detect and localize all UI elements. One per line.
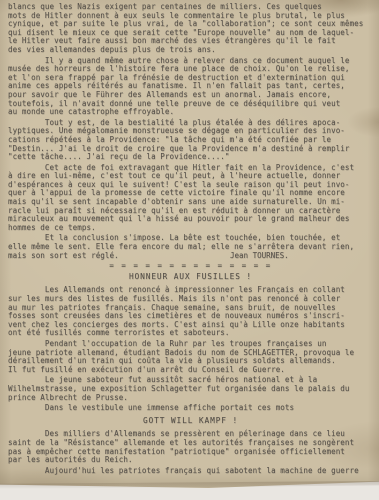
article-paragraph: Le jeune saboteur fut aussitôt sacré hér… — [8, 376, 373, 402]
poster-slogan: GOTT WILL KAMPF ! — [8, 417, 373, 426]
scanned-document-view: blancs que les Nazis exigent par centain… — [0, 0, 379, 500]
author-signature: Jean TOURNES. — [230, 252, 289, 261]
lead-paragraph: Tout y est, de la bestialité la plus éta… — [8, 119, 373, 162]
typewritten-text-block: blancs que les Nazis exigent par centain… — [0, 0, 379, 488]
conclusion-with-signature: Et la conclusion s'impose. La bête est t… — [8, 234, 373, 260]
article-paragraph: Pendant l'occupation de la Ruhr par les … — [8, 340, 373, 374]
poster-intro-line: Dans le vestibule une immense affiche po… — [8, 404, 373, 413]
lead-paragraph: Cet acte de foi extravagant que Hitler f… — [8, 164, 373, 233]
article-paragraph: Les Allemands ont renoncé à impressionne… — [8, 286, 373, 338]
article-paragraph: Des milliers d'Allemands se pressèrent e… — [8, 430, 373, 464]
scanned-page: blancs que les Nazis exigent par centain… — [0, 0, 379, 488]
lead-paragraph: Il y a quand même autre chose à relever … — [8, 57, 373, 117]
scanner-background — [0, 486, 379, 500]
lead-paragraph: blancs que les Nazis exigent par centain… — [8, 3, 373, 55]
truncated-last-line: Aujourd'hui les patriotes français qui s… — [8, 467, 373, 476]
lead-paragraph: Et la conclusion s'impose. La bête est t… — [8, 234, 373, 260]
article-title: HONNEUR AUX FUSILLES ! — [8, 273, 373, 282]
typed-divider: = = = = = = = = = = = = = = — [8, 262, 373, 271]
